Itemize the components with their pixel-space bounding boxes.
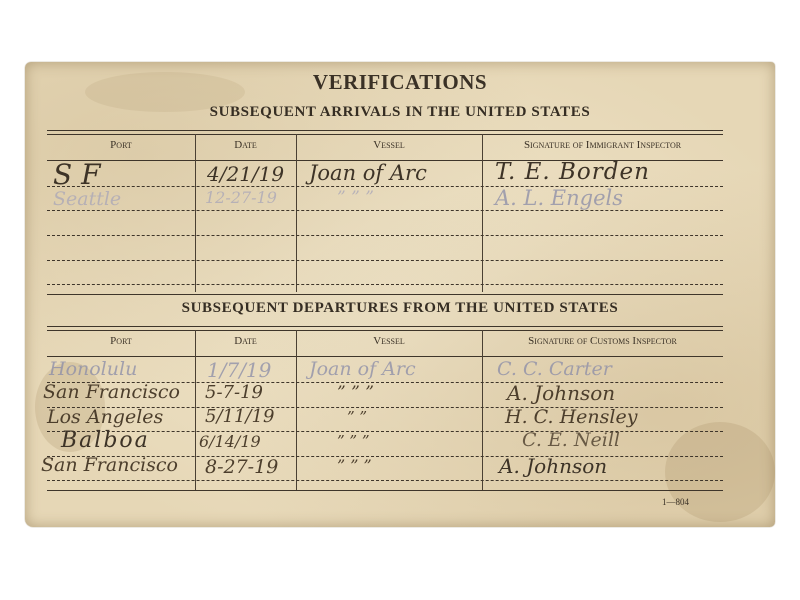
departure-vessel: ” ” ”: [337, 456, 372, 475]
card-title: VERIFICATIONS: [25, 70, 775, 95]
col-header-date: Date: [195, 335, 296, 347]
table-top-rule: [47, 130, 723, 135]
departure-vessel: ” ”: [347, 408, 367, 426]
column-divider: [482, 134, 483, 292]
arrival-date: 12-27-19: [205, 188, 277, 207]
row-rule: [47, 210, 723, 211]
departure-port: Los Angeles: [47, 406, 163, 428]
arrival-vessel: Joan of Arc: [309, 161, 427, 185]
arrival-vessel: ” ” ”: [337, 188, 374, 208]
departure-signature: C. C. Carter: [497, 358, 612, 380]
row-rule: [47, 235, 723, 236]
arrivals-table: Port Date Vessel Signature of Immigrant …: [47, 130, 723, 296]
col-header-signature: Signature of Customs Inspector: [482, 335, 723, 347]
form-number: 1—804: [662, 497, 689, 507]
arrival-date: 4/21/19: [207, 162, 284, 186]
row-rule: [47, 260, 723, 261]
departure-port: San Francisco: [43, 381, 180, 403]
departure-vessel: Joan of Arc: [309, 358, 416, 380]
row-rule: [47, 284, 723, 285]
departure-port: Honolulu: [49, 358, 137, 380]
header-rule: [47, 356, 723, 357]
departure-port: Balboa: [61, 428, 150, 453]
departure-signature: C. E. Neill: [522, 429, 620, 451]
arrival-signature: T. E. Borden: [495, 159, 650, 185]
row-rule: [47, 480, 723, 481]
departure-port: San Francisco: [41, 454, 178, 476]
table-bottom-rule: [47, 294, 723, 295]
col-header-vessel: Vessel: [296, 139, 482, 151]
departures-heading: SUBSEQUENT DEPARTURES FROM THE UNITED ST…: [25, 300, 775, 317]
col-header-vessel: Vessel: [296, 335, 482, 347]
departure-date: 1/7/19: [207, 358, 271, 382]
departures-table: Port Date Vessel Signature of Customs In…: [47, 326, 723, 492]
departure-vessel: ” ” ”: [337, 432, 370, 450]
departure-date: 8-27-19: [205, 456, 278, 478]
departure-signature: H. C. Hensley: [505, 406, 637, 428]
col-header-port: Port: [47, 139, 195, 151]
table-bottom-rule: [47, 490, 723, 491]
arrival-signature: A. L. Engels: [495, 186, 623, 210]
departure-date: 5-7-19: [205, 382, 263, 403]
arrivals-heading: SUBSEQUENT ARRIVALS IN THE UNITED STATES: [25, 104, 775, 121]
col-header-date: Date: [195, 139, 296, 151]
column-divider: [195, 330, 196, 490]
departure-date: 5/11/19: [205, 406, 274, 427]
table-top-rule: [47, 326, 723, 331]
column-divider: [296, 330, 297, 490]
col-header-port: Port: [47, 335, 195, 347]
col-header-signature: Signature of Immigrant Inspector: [482, 139, 723, 151]
departure-vessel: ” ” ”: [337, 383, 374, 403]
column-divider: [482, 330, 483, 490]
arrival-port: S F: [53, 158, 101, 191]
column-divider: [296, 134, 297, 292]
departure-signature: A. Johnson: [507, 381, 615, 405]
departure-signature: A. Johnson: [499, 454, 607, 478]
departure-date: 6/14/19: [199, 432, 261, 451]
verification-card: VERIFICATIONS SUBSEQUENT ARRIVALS IN THE…: [25, 62, 775, 527]
arrival-port: Seattle: [53, 188, 121, 210]
column-divider: [195, 134, 196, 292]
